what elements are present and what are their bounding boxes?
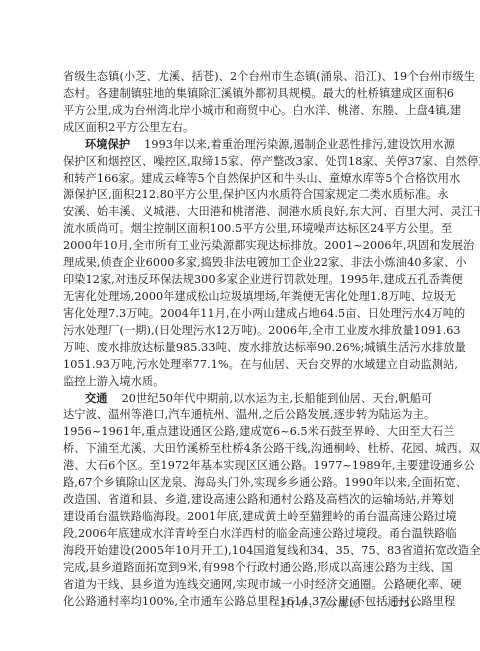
paragraph-transportation: 交通20世纪50年代中期前,以水运为主,长船能到仙居、天台,帆船可 达宁波、温州… xyxy=(63,391,417,611)
text-line: 安溪、始丰溪、义城港、大田港和桃渚港、洞港水质良好,东大河、百里大河、灵江干 xyxy=(63,204,417,221)
text-line: 平方公里,成为台州湾北岸小城市和商贸中心。白水洋、桃渚、东塍、上盘4镇,建 xyxy=(63,103,417,120)
text-line: 省级生态镇(小芝、尤溪、括苍)、2个台州市生态镇(涌泉、沿江)、19个台州市级生 xyxy=(63,69,417,86)
running-footer-title: 县(市、区)概况 xyxy=(280,599,360,610)
paragraph-urban-construction: 省级生态镇(小芝、尤溪、括苍)、2个台州市生态镇(涌泉、沿江)、19个台州市级生… xyxy=(63,69,417,137)
section-heading-environment: 环境保护 xyxy=(85,138,130,151)
text-line: 印染12家,对违反环保法规300多家企业进行罚款处理。1995年,建成五孔岙粪便 xyxy=(63,272,417,289)
text-line: 态村。各建制镇驻地的集镇除汇溪镇外都初具规模。最大的杜桥镇建成区面积6 xyxy=(63,86,417,103)
text-line: 改造国、省道和县、乡道,建设高速公路和通村公路及高档次的运输场站,并筹划 xyxy=(63,492,417,509)
text-line: 环境保护1993年以来,着重治理污染源,遏制企业恶性排污,建设饮用水源 xyxy=(63,137,417,154)
text-line: 港、大石6个区。至1972年基本实现区区通公路。1977~1989年,主要建设通… xyxy=(63,458,417,475)
text-line: 1956~1961年,重点建设通区公路,建成宽6~6.5米石鼓至界岭、大田至大石… xyxy=(63,424,417,441)
text-line: 流水质尚可。烟尘控制区面积100.5平方公里,环境噪声达标区24平方公里。至 xyxy=(63,221,417,238)
text-line: 污水处理厂(一期),(日处理污水12万吨)。2006年,全市工业废水排放量109… xyxy=(63,323,417,340)
page-number: · 1751 · xyxy=(385,599,421,610)
text-line: 成区面积2平方公里左右。 xyxy=(63,120,417,137)
text-line: 和转产166家。建成云峰等5个自然保护区和牛头山、童燎水库等5个合格饮用水 xyxy=(63,171,417,188)
text-line: 完成,县乡道路面拓宽到9米,有998个行政村通公路,形成以高速公路为主线、国 xyxy=(63,560,417,577)
text-line: 1051.93万吨,污水处理率77.1%。在与仙居、天台交界的水域建立自动监测站… xyxy=(63,357,417,374)
text-line: 监控上游入境水质。 xyxy=(63,374,417,391)
text-line: 桥、下浦至尤溪、大田竹溪桥至杜桥4条公路干线,沟通桐岭、杜桥、花园、城西、双 xyxy=(63,441,417,458)
text-line: 段,2006年底建成水洋青岭至白水洋西村的临金高速公路过境段。甬台温铁路临 xyxy=(63,526,417,543)
document-body: 省级生态镇(小芝、尤溪、括苍)、2个台州市生态镇(涌泉、沿江)、19个台州市级生… xyxy=(63,69,417,611)
text-line: 万吨、废水排放达标量985.33吨、废水排放达标率90.26%;城镇生活污水排放… xyxy=(63,340,417,357)
text-line: 建设甬台温铁路临海段。2001年底,建成黄土岭至猫狸岭的甬台温高速公路过境 xyxy=(63,509,417,526)
text-line: 交通20世纪50年代中期前,以水运为主,长船能到仙居、天台,帆船可 xyxy=(63,391,417,408)
page-footer: 县(市、区)概况 · 1751 · xyxy=(280,596,420,610)
text-line: 源保护区,面积212.80平方公里,保护区内水质符合国家规定二类水质标准。永 xyxy=(63,187,417,204)
text-line-content: 1993年以来,着重治理污染源,遏制企业恶性排污,建设饮用水源 xyxy=(144,138,455,151)
text-line: 2000年10月,全市所有工业污染源都实现达标排放。2001~2006年,巩固和… xyxy=(63,238,417,255)
text-line: 理成果,侦查企业6000多家,捣毁非法电镀加工企业22家、非法小炼油40多家、小 xyxy=(63,255,417,272)
text-line: 路,67个乡镇除山区龙泉、海岛头门外,实现乡乡通公路。1990年以来,全面拓宽、 xyxy=(63,475,417,492)
text-line: 害化处理7.3万吨。2004年11月,在小两山建成占地64.5亩、日处理污水4万… xyxy=(63,306,417,323)
text-line: 海段开始建设(2005年10月开工),104国道复线和34、35、75、83省道… xyxy=(63,543,417,560)
text-line: 保护区和烟控区、噪控区,取缔15家、停产整改3家、处罚18家、关停37家、自然停… xyxy=(63,154,417,171)
text-line: 达宁波、温州等港口,汽车通杭州、温州,之后公路发展,逐步转为陆运为主。 xyxy=(63,407,417,424)
paragraph-environmental-protection: 环境保护1993年以来,着重治理污染源,遏制企业恶性排污,建设饮用水源 保护区和… xyxy=(63,137,417,391)
text-line: 省道为干线、县乡道为连线交通网,实现市域一小时经济交通圈。公路硬化率、硬 xyxy=(63,577,417,594)
text-line-content: 20世纪50年代中期前,以水运为主,长船能到仙居、天台,帆船可 xyxy=(122,392,433,405)
text-line: 无害化处理场,2000年建成松山垃圾填埋场,年粪便无害化处理1.8万吨、垃圾无 xyxy=(63,289,417,306)
section-heading-transportation: 交通 xyxy=(85,392,108,405)
